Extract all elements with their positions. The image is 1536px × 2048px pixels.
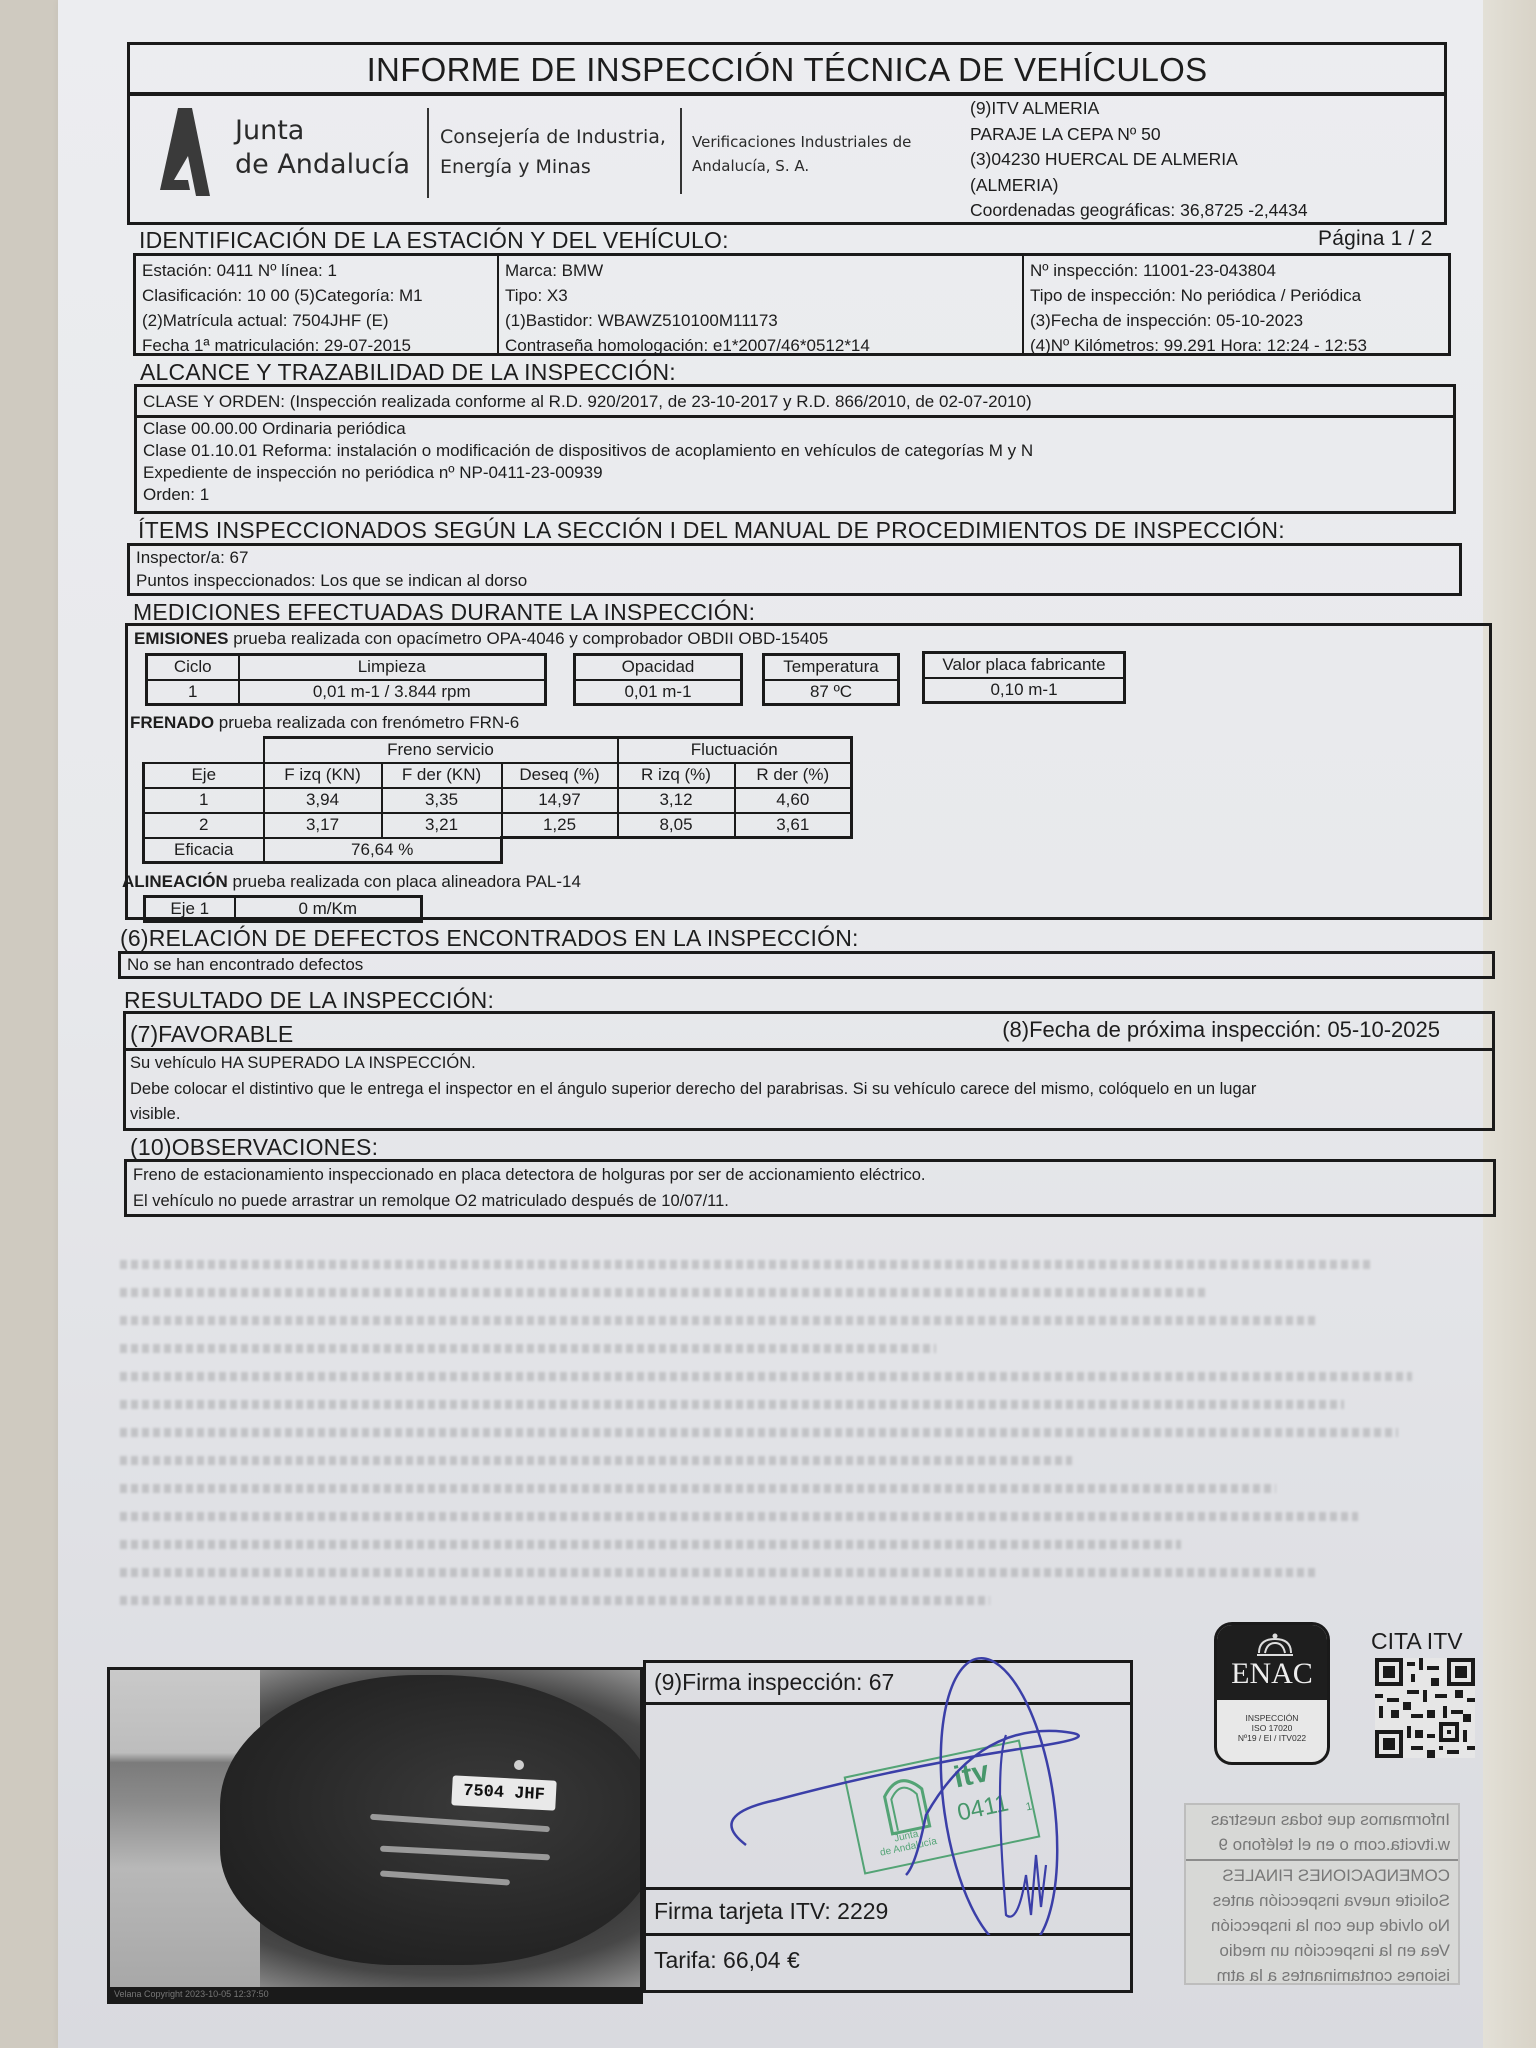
inspection-number: Nº inspección: 11001-23-043804	[1030, 258, 1442, 283]
cell: 3,35	[382, 788, 502, 813]
inspection-type: Tipo de inspección: No periódica / Perió…	[1030, 283, 1442, 308]
cell: 1,25	[502, 813, 618, 838]
braking-desc: prueba realizada con frenómetro FRN-6	[214, 713, 519, 732]
company-line-2: Andalucía, S. A.	[692, 154, 911, 178]
result-verdict: (7)FAVORABLE	[130, 1021, 293, 1048]
station-info-column: Estación: 0411 Nº línea: 1 Clasificación…	[136, 256, 499, 353]
mirrored-line: COMENDACIONES FINALES	[1194, 1863, 1450, 1888]
cell: 4,60	[735, 788, 852, 813]
efficacy-value: 76,64 %	[264, 838, 502, 863]
column-header: R der (%)	[735, 763, 852, 788]
measurements-title: MEDICIONES EFECTUADAS DURANTE LA INSPECC…	[133, 599, 755, 626]
enac-line: INSPECCIÓN	[1217, 1713, 1327, 1723]
cycle-header: Ciclo	[147, 655, 239, 680]
order-line: Orden: 1	[143, 484, 1447, 506]
station-city: (3)04230 HUERCAL DE ALMERIA	[970, 147, 1308, 173]
manufacturer-plate-value: 0,10 m-1	[924, 678, 1125, 703]
homologation-code: Contraseña homologación: e1*2007/46*0512…	[505, 333, 1016, 358]
vin: (1)Bastidor: WBAWZ510100M11173	[505, 308, 1016, 333]
bmw-badge-icon	[512, 1758, 526, 1772]
opacity-header: Opacidad	[575, 655, 742, 680]
column-header: F der (KN)	[382, 763, 502, 788]
consejeria-name: Consejería de Industria, Energía y Minas	[440, 122, 666, 182]
result-message: Su vehículo HA SUPERADO LA INSPECCIÓN.	[130, 1051, 1488, 1075]
enac-label: ENAC	[1231, 1657, 1313, 1690]
class-line: Clase 01.10.01 Reforma: instalación o mo…	[143, 440, 1447, 462]
alignment-table: Eje 10 m/Km	[143, 895, 423, 923]
scope-title: ALCANCE Y TRAZABILIDAD DE LA INSPECCIÓN:	[140, 359, 676, 386]
cell: 3,21	[382, 813, 502, 838]
service-brake-header: Freno servicio	[264, 738, 618, 763]
enac-certification-badge: ENAC INSPECCIÓN ISO 17020 Nº19 / EI / IT…	[1214, 1622, 1330, 1765]
class-and-order-header: CLASE Y ORDEN: (Inspección realizada con…	[137, 387, 1453, 418]
vehicle-info-column: Marca: BMW Tipo: X3 (1)Bastidor: WBAWZ51…	[499, 256, 1024, 353]
divider	[680, 108, 682, 194]
inspected-points: Puntos inspeccionados: Los que se indica…	[136, 569, 1453, 592]
junta-andalucia-logo-icon	[160, 108, 210, 196]
efficacy-label: Eficacia	[144, 838, 264, 863]
handwritten-signature-icon	[646, 1615, 1136, 1935]
cell: 8,05	[618, 813, 735, 838]
alignment-label: ALINEACIÓN	[122, 872, 228, 891]
observations-box: Freno de estacionamiento inspeccionado e…	[124, 1159, 1496, 1217]
non-periodic-file-number: Expediente de inspección no periódica nº…	[143, 462, 1447, 484]
mirrored-line: Vea en la inspección un medio	[1194, 1938, 1450, 1963]
mirrored-line: isiones contaminantes a la atm	[1194, 1963, 1450, 1985]
station-street: PARAJE LA CEPA Nº 50	[970, 122, 1308, 148]
column-header: R izq (%)	[618, 763, 735, 788]
emissions-desc: prueba realizada con opacímetro OPA-4046…	[228, 629, 828, 648]
sticker-instruction-cont: visible.	[130, 1103, 1488, 1125]
axle: 2	[144, 813, 264, 838]
identification-title: IDENTIFICACIÓN DE LA ESTACIÓN Y DEL VEHÍ…	[139, 227, 729, 254]
opacity-table: Opacidad 0,01 m-1	[573, 653, 743, 706]
braking-line: FRENADO prueba realizada con frenómetro …	[130, 710, 519, 735]
mirrored-line: Informamos que todas nuestras	[1194, 1807, 1450, 1832]
defects-text: No se han encontrado defectos	[127, 954, 1486, 976]
vehicle-photo: 7504 JHF Velana Copyright 2023-10-05 12:…	[107, 1667, 643, 2004]
consejeria-line-1: Consejería de Industria,	[440, 122, 666, 152]
defects-title: (6)RELACIÓN DE DEFECTOS ENCONTRADOS EN L…	[120, 925, 859, 952]
observations-title: (10)OBSERVACIONES:	[130, 1134, 378, 1161]
cell: 3,12	[618, 788, 735, 813]
fluctuation-header: Fluctuación	[618, 738, 852, 763]
manufacturer-plate-table: Valor placa fabricante 0,10 m-1	[922, 651, 1126, 704]
measurements-box: EMISIONES prueba realizada con opacímetr…	[125, 623, 1492, 920]
temperature-table: Temperatura 87 ºC	[762, 653, 900, 706]
class-line: Clase 00.00.00 Ordinaria periódica	[143, 418, 1447, 440]
header-box: Junta de Andalucía Consejería de Industr…	[127, 92, 1447, 225]
cycle-value: 1	[147, 680, 239, 705]
braking-table: Freno servicio Fluctuación Eje F izq (KN…	[142, 736, 853, 864]
axle: 1	[144, 788, 264, 813]
table-row: 1 3,94 3,35 14,97 3,12 4,60	[144, 788, 852, 813]
alignment-axle: Eje 1	[145, 897, 235, 922]
station-coordinates: Coordenadas geográficas: 36,8725 -2,4434	[970, 198, 1308, 224]
inspection-date: (3)Fecha de inspección: 05-10-2023	[1030, 308, 1442, 333]
mirrored-line: Solicite nueva inspección antes	[1194, 1888, 1450, 1913]
vehicle-type: Tipo: X3	[505, 283, 1016, 308]
observation: El vehículo no puede arrastrar un remolq…	[133, 1188, 1487, 1214]
company-line-1: Verificaciones Industriales de	[692, 130, 911, 154]
classification: Clasificación: 10 00 (5)Categoría: M1	[142, 283, 491, 308]
table-row: 2 3,17 3,21 1,25 8,05 3,61	[144, 813, 852, 838]
consejeria-line-2: Energía y Minas	[440, 152, 666, 182]
temperature-value: 87 ºC	[764, 680, 899, 705]
braking-label: FRENADO	[130, 713, 214, 732]
cleaning-header: Limpieza	[239, 655, 546, 680]
result-box: (7)FAVORABLE (8)Fecha de próxima inspecc…	[123, 1011, 1495, 1131]
divider	[427, 108, 429, 198]
logo-line-1: Junta	[235, 114, 410, 148]
station-province: (ALMERIA)	[970, 173, 1308, 199]
document-title: INFORME DE INSPECCIÓN TÉCNICA DE VEHÍCUL…	[127, 42, 1447, 94]
opacity-value: 0,01 m-1	[575, 680, 742, 705]
emissions-cycle-table: CicloLimpieza 10,01 m-1 / 3.844 rpm	[145, 653, 547, 706]
fee: Tarifa: 66,04 €	[646, 1936, 1130, 1984]
cita-itv-label: CITA ITV	[1371, 1628, 1463, 1655]
station-line: Estación: 0411 Nº línea: 1	[142, 258, 491, 283]
identification-table: Estación: 0411 Nº línea: 1 Clasificación…	[133, 253, 1451, 356]
column-header: F izq (KN)	[264, 763, 382, 788]
items-title: ÍTEMS INSPECCIONADOS SEGÚN LA SECCIÓN I …	[138, 517, 1285, 544]
items-box: Inspector/a: 67 Puntos inspeccionados: L…	[127, 543, 1462, 596]
next-inspection-date: (8)Fecha de próxima inspección: 05-10-20…	[1002, 1017, 1440, 1043]
qr-code-icon[interactable]	[1375, 1658, 1475, 1758]
photo-timestamp: Velana Copyright 2023-10-05 12:37:50	[110, 1987, 640, 2001]
crown-icon	[1255, 1633, 1295, 1657]
mileage-and-time: (4)Nº Kilómetros: 99.291 Hora: 12:24 - 1…	[1030, 333, 1442, 358]
station-name: (9)ITV ALMERIA	[970, 96, 1308, 122]
signature-box: (9)Firma inspección: 67 Junta de Andaluc…	[643, 1660, 1133, 1993]
column-header: Deseq (%)	[502, 763, 618, 788]
reverse-side-bleed	[120, 1260, 1480, 1640]
company-name: Verificaciones Industriales de Andalucía…	[692, 130, 911, 178]
mirrored-line: No olvide que con la inspección	[1194, 1913, 1450, 1938]
result-title: RESULTADO DE LA INSPECCIÓN:	[124, 987, 494, 1014]
emissions-label: EMISIONES	[134, 629, 228, 648]
inspection-info-column: Nº inspección: 11001-23-043804 Tipo de i…	[1024, 256, 1448, 353]
alignment-value: 0 m/Km	[235, 897, 422, 922]
inspector-id: Inspector/a: 67	[136, 546, 1453, 569]
first-registration-date: Fecha 1ª matriculación: 29-07-2015	[142, 333, 491, 358]
cleaning-value: 0,01 m-1 / 3.844 rpm	[239, 680, 546, 705]
signature-area: Junta de Andalucía itv 0411 1	[646, 1705, 1130, 1890]
enac-brand: ENAC	[1217, 1625, 1327, 1700]
logo-text: Junta de Andalucía	[235, 114, 410, 182]
sticker-instruction: Debe colocar el distintivo que le entreg…	[130, 1075, 1488, 1103]
scope-box: CLASE Y ORDEN: (Inspección realizada con…	[134, 384, 1456, 514]
enac-line: ISO 17020	[1217, 1723, 1327, 1733]
observation: Freno de estacionamiento inspeccionado e…	[133, 1162, 1487, 1188]
mirrored-reverse-text: Informamos que todas nuestras w.itvcita.…	[1184, 1803, 1460, 1985]
cell: 14,97	[502, 788, 618, 813]
logo-line-2: de Andalucía	[235, 148, 410, 182]
cell: 3,61	[735, 813, 852, 838]
station-address: (9)ITV ALMERIA PARAJE LA CEPA Nº 50 (3)0…	[970, 96, 1308, 224]
vehicle-make: Marca: BMW	[505, 258, 1016, 283]
alignment-line: ALINEACIÓN prueba realizada con placa al…	[122, 869, 581, 894]
cell: 3,17	[264, 813, 382, 838]
enac-line: Nº19 / EI / ITV022	[1217, 1733, 1327, 1743]
temperature-header: Temperatura	[764, 655, 899, 680]
alignment-desc: prueba realizada con placa alineadora PA…	[228, 872, 581, 891]
column-header: Eje	[144, 763, 264, 788]
cell: 3,94	[264, 788, 382, 813]
page-number: Página 1 / 2	[1318, 227, 1433, 251]
license-plate: 7504 JHF	[451, 1775, 556, 1810]
plate-number: (2)Matrícula actual: 7504JHF (E)	[142, 308, 491, 333]
manufacturer-plate-header: Valor placa fabricante	[924, 653, 1125, 678]
mirrored-line: w.itvcita.com o en el teléfono 9	[1194, 1832, 1450, 1857]
defects-box: No se han encontrado defectos	[118, 951, 1495, 979]
emissions-line: EMISIONES prueba realizada con opacímetr…	[134, 626, 828, 651]
